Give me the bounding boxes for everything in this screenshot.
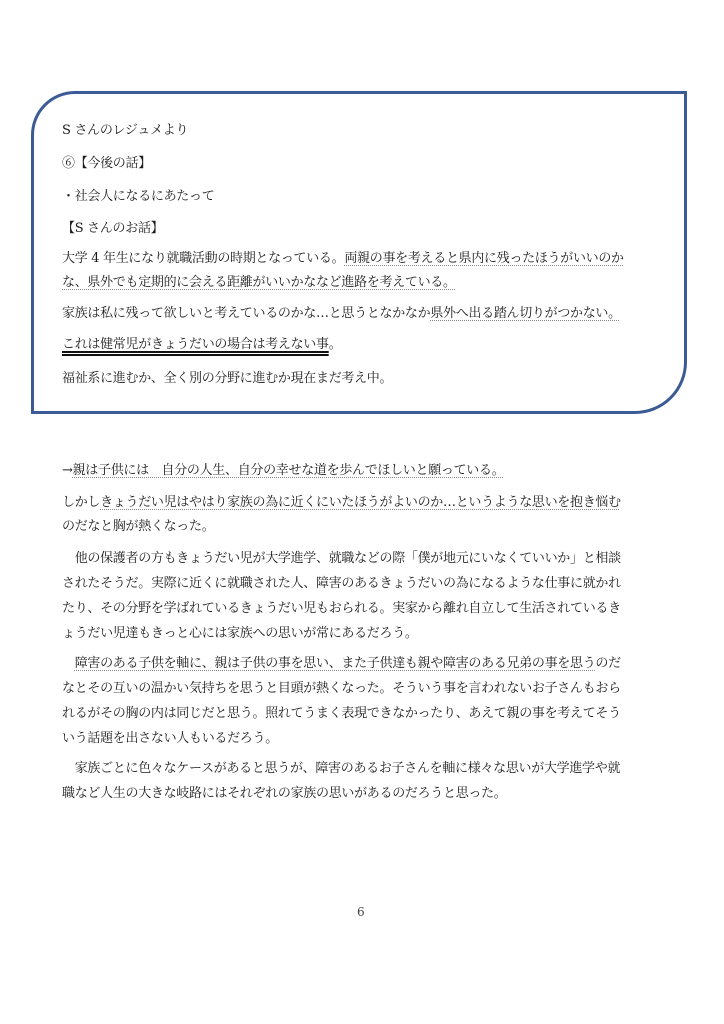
box-title: S さんのレジュメより — [62, 122, 188, 140]
body-p4-line: なとその互いの温かい気持ちを思うと目頭が熱くなった。そういう事を言われないお子さ… — [62, 680, 621, 698]
body-p4-line1: 障害のある子供を軸に、親は子供の事を思い、また子供達も親や障害のある兄弟の事を思… — [62, 655, 621, 673]
box-para1-line1: 大学 4 年生になり就職活動の時期となっている。両親の事を考えると県内に残ったほ… — [62, 250, 624, 268]
subheading: 【S さんのお話】 — [62, 220, 163, 238]
body-p4-line: れるがその胸の内は同じだと思う。照れてうまく表現できなかったり、あえて親の事を考… — [62, 705, 621, 723]
body-p3-line: 他の保護者の方もきょうだい児が大学進学、就職などの際「僕が地元にいなくていいか」… — [62, 550, 621, 568]
period: 。 — [329, 337, 342, 352]
underlined-text: な、県外でも定期的に会える距離がいいかななど進路を考えている。 — [62, 275, 456, 290]
body-p4-line: いう話題を出さない人もいるだろう。 — [62, 730, 278, 748]
body-p3-line: されたそうだ。実際に近くに就職された人、障害のあるきょうだいの為になるような仕事… — [62, 575, 621, 593]
body-p5-line: 家族ごとに色々なケースがあると思うが、障害のあるお子さんを軸に様々な思いが大学進… — [62, 760, 620, 778]
underlined-text: 障害のある子供を軸に、親は子供の事を思い、また子供達も親や障害のある兄弟の事を思… — [75, 656, 596, 671]
body-p2-line1: しかしきょうだい児はやはり家族の為に近くにいたほうがよいのか…というような思いを… — [62, 494, 621, 512]
box-para2: 家族は私に残って欲しいと考えているのかな…と思うとなかなか県外へ出る踏ん切りがつ… — [62, 305, 621, 323]
box-para4: 福祉系に進むか、全く別の分野に進むか現在まだ考え中。 — [62, 370, 392, 388]
body-p5-line: 職など人生の大きな岐路にはそれぞれの家族の思いがあるのだろうと思った。 — [62, 785, 507, 803]
underlined-text: きょうだい児はやはり家族の為に近くにいたほうがよいのか…というような思いを抱き悩… — [100, 495, 621, 510]
body-p1: →親は子供には 自分の人生、自分の幸せな道を歩んでほしいと願っている。 — [62, 462, 504, 480]
box-para3: これは健常児がきょうだいの場合は考えない事。 — [62, 336, 341, 354]
plain-text: 大学 4 年生になり就職活動の時期となっている。 — [62, 251, 344, 266]
plain-text: のだ — [595, 656, 620, 671]
page-number: 6 — [357, 905, 365, 919]
body-p3-line: たり、その分野を学ばれているきょうだい児もおられる。実家から離れ自立して生活され… — [62, 600, 621, 618]
double-underlined-text: これは健常児がきょうだいの場合は考えない事 — [62, 337, 329, 352]
underlined-text: 親は子供には 自分の人生、自分の幸せな道を歩んでほしいと願っている。 — [73, 463, 505, 478]
underlined-text: 県外へ出る踏ん切りがつかない。 — [430, 306, 621, 321]
arrow-icon: → — [62, 463, 73, 478]
section-heading: ⑥【今後の話】 — [62, 155, 151, 173]
plain-text: しかし — [62, 495, 100, 510]
indent — [62, 656, 75, 671]
body-p2-line2: のだなと胸が熱くなった。 — [62, 518, 214, 536]
underlined-text: 両親の事を考えると県内に残ったほうがいいのか — [344, 251, 623, 266]
body-p3-line: ょうだい児達もきっと心には家族への思いが常にあるだろう。 — [62, 625, 418, 643]
bullet-item: ・社会人になるにあたって — [62, 188, 214, 206]
plain-text: 家族は私に残って欲しいと考えているのかな…と思うとなかなか — [62, 306, 430, 321]
box-para1-line2: な、県外でも定期的に会える距離がいいかななど進路を考えている。 — [62, 274, 456, 292]
